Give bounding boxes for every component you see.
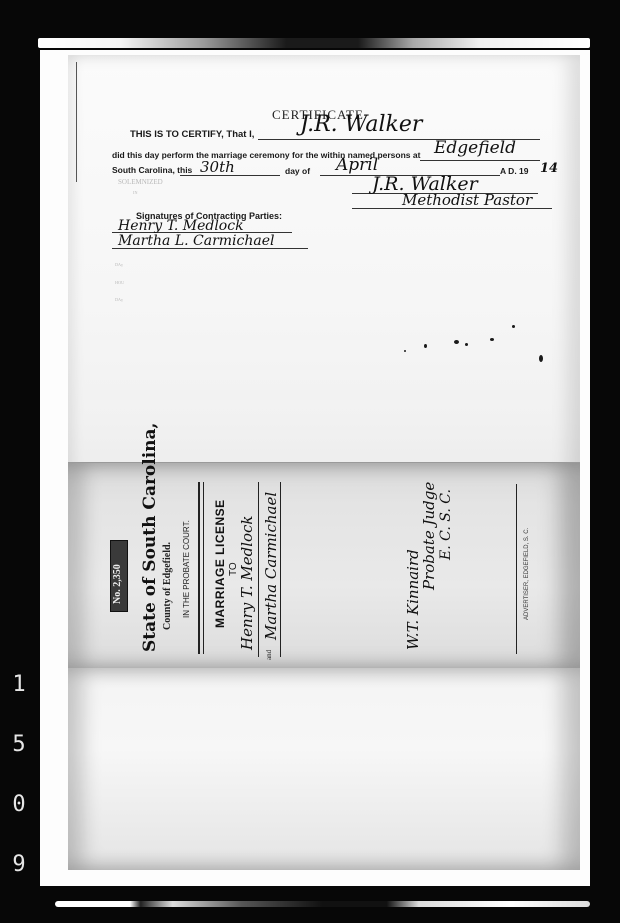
ceremony-month: April (336, 155, 378, 175)
probate-court-label: IN THE PROBATE COURT. (182, 520, 191, 618)
county-name: County of Edgefield. (162, 542, 173, 630)
ceremony-location: Edgefield (434, 138, 516, 158)
ghost-text: ᴰᴬᵞ (115, 297, 123, 305)
ghost-text: ᴰᴬᵞ (115, 262, 123, 270)
ghost-text: ᴵᴺ (133, 190, 138, 198)
location-rule (420, 160, 540, 161)
divider-line (203, 482, 204, 654)
ghost-text: SOLEMNIZED (118, 178, 163, 186)
officiant-title: Methodist Pastor (402, 191, 532, 209)
divider-line (198, 482, 200, 654)
printer-line (516, 484, 517, 654)
frame-digit: 9 (8, 835, 30, 895)
party-1-signature: Henry T. Medlock (118, 218, 244, 234)
ceremony-day: 30th (200, 158, 235, 176)
party-2-signature: Martha L. Carmichael (118, 233, 274, 249)
state-prefix: South Carolina, this (112, 165, 192, 175)
ghost-text: ᴴᴼᵁ (115, 280, 124, 288)
lower-blank-panel (68, 668, 580, 870)
printer-credit: ADVERTISER, EDGEFIELD, S. C. (524, 528, 530, 620)
frame-digit: 0 (8, 775, 30, 835)
ceremony-year: 14 (540, 161, 558, 176)
bride-name: Martha Carmichael (262, 492, 280, 640)
frame-digit: 5 (8, 715, 30, 775)
license-number: No. 2,350 (112, 564, 123, 604)
film-edge-bottom (55, 901, 590, 907)
groom-name: Henry T. Medlock (238, 515, 256, 650)
license-title: MARRIAGE LICENSE (213, 499, 227, 628)
state-heading: State of South Carolina, (140, 423, 160, 652)
bride-line (280, 482, 281, 657)
groom-line (258, 482, 259, 657)
year-prefix: A D. 19 (500, 166, 529, 176)
judge-county: E. C. S. C. (438, 489, 454, 560)
judge-title: Probate Judge (420, 482, 438, 590)
and-label: and (265, 650, 273, 660)
day-of-label: day of (285, 166, 310, 176)
frame-digit: 1 (8, 655, 30, 715)
paper-edge-line (76, 62, 77, 182)
frame-number: 1 5 0 9 (8, 655, 30, 895)
certify-prefix: THIS IS TO CERTIFY, That I, (130, 129, 254, 140)
officiant-name: J.R. Walker (300, 112, 422, 137)
film-edge-top (38, 38, 590, 48)
